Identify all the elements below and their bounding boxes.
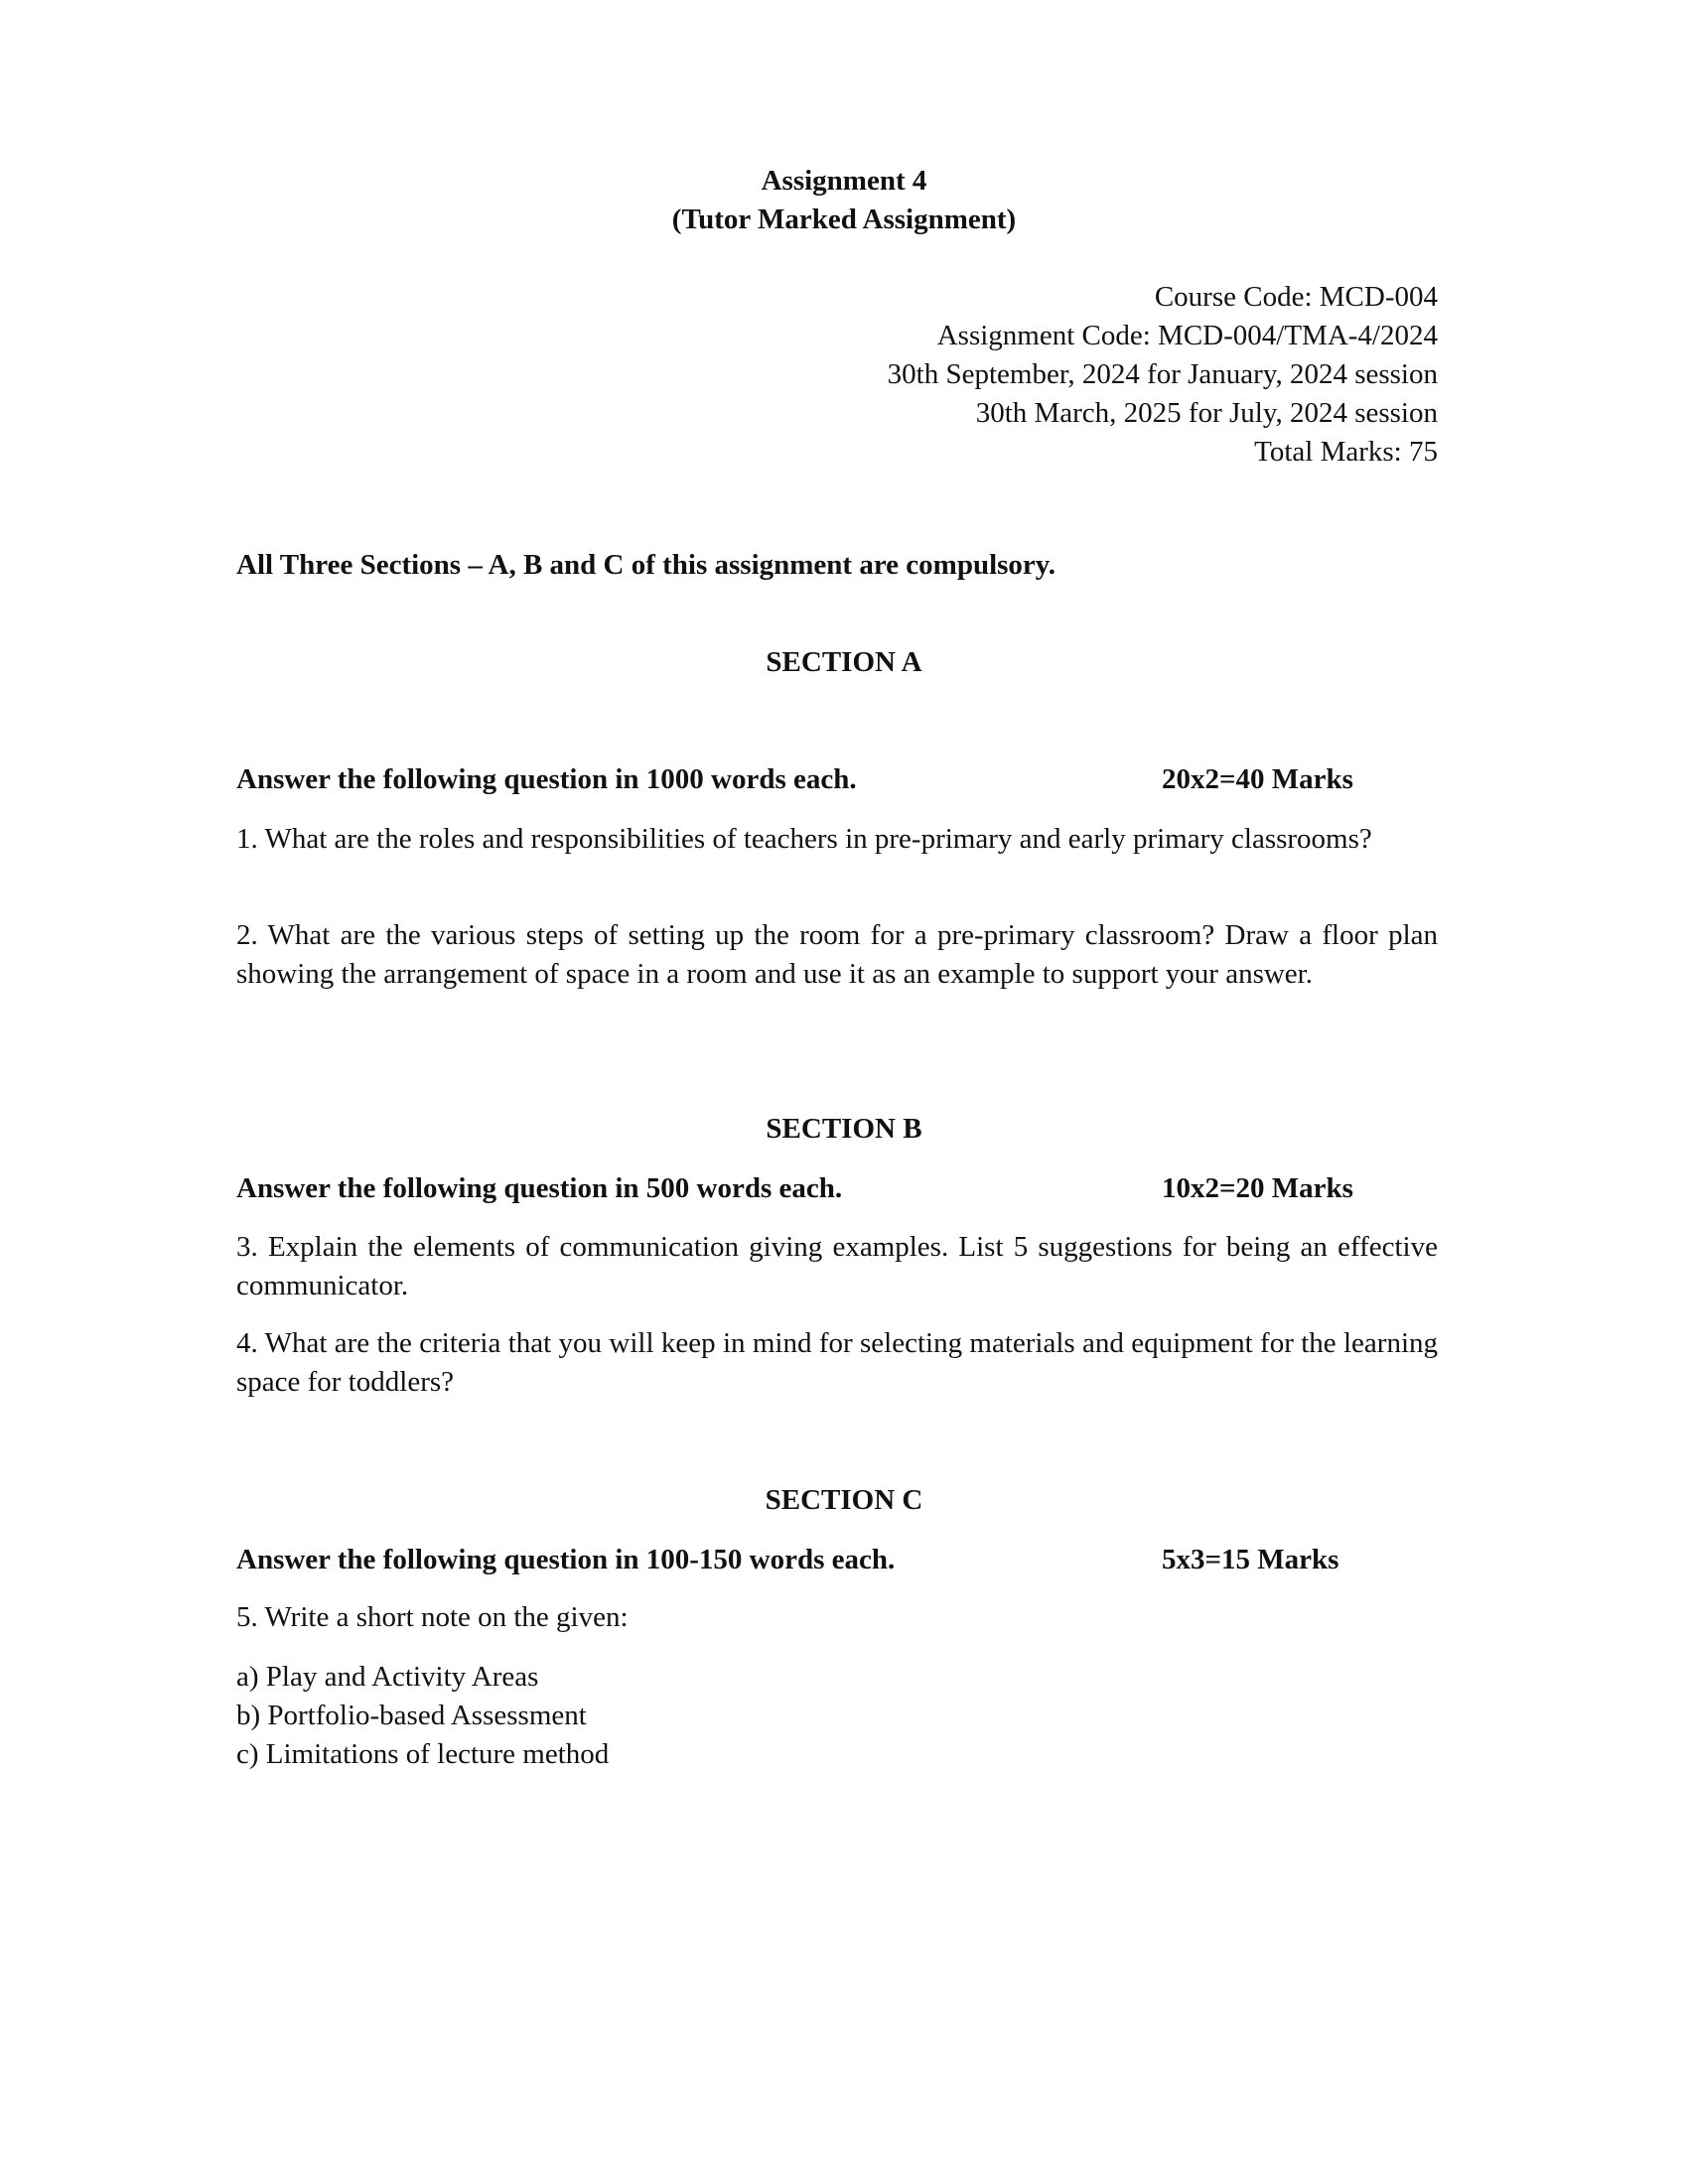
section-b-instruction: Answer the following question in 500 wor… [236, 1172, 842, 1204]
question-5-sub-items: a) Play and Activity Areas b) Portfolio-… [236, 1658, 1438, 1774]
sub-item-a: a) Play and Activity Areas [236, 1658, 1438, 1697]
section-a-heading: SECTION A [0, 643, 1688, 682]
section-a-marks: 20x2=40 Marks [1162, 760, 1353, 799]
section-b-instruction-row: Answer the following question in 500 wor… [236, 1169, 1438, 1208]
deadline-july-session: 30th March, 2025 for July, 2024 session [888, 394, 1438, 433]
sub-item-c: c) Limitations of lecture method [236, 1735, 1438, 1774]
deadline-january-session: 30th September, 2024 for January, 2024 s… [888, 355, 1438, 394]
question-4: 4. What are the criteria that you will k… [236, 1324, 1438, 1402]
question-2: 2. What are the various steps of setting… [236, 916, 1438, 994]
section-c-instruction: Answer the following question in 100-150… [236, 1544, 895, 1575]
section-a-instruction-row: Answer the following question in 1000 wo… [236, 760, 1438, 799]
section-b-marks: 10x2=20 Marks [1162, 1169, 1353, 1208]
assignment-meta: Course Code: MCD-004 Assignment Code: MC… [888, 278, 1438, 472]
question-3: 3. Explain the elements of communication… [236, 1228, 1438, 1305]
total-marks: Total Marks: 75 [888, 433, 1438, 472]
course-code: Course Code: MCD-004 [888, 278, 1438, 317]
assignment-code: Assignment Code: MCD-004/TMA-4/2024 [888, 317, 1438, 355]
section-a-instruction: Answer the following question in 1000 wo… [236, 763, 857, 795]
general-instruction: All Three Sections – A, B and C of this … [236, 546, 1438, 585]
question-1: 1. What are the roles and responsibiliti… [236, 820, 1438, 859]
section-b-heading: SECTION B [0, 1110, 1688, 1149]
question-5: 5. Write a short note on the given: [236, 1598, 1438, 1637]
section-c-instruction-row: Answer the following question in 100-150… [236, 1541, 1438, 1579]
section-c-marks: 5x3=15 Marks [1162, 1541, 1338, 1579]
section-c-heading: SECTION C [0, 1481, 1688, 1520]
sub-item-b: b) Portfolio-based Assessment [236, 1697, 1438, 1735]
assignment-subtitle: (Tutor Marked Assignment) [0, 201, 1688, 239]
assignment-title: Assignment 4 [0, 162, 1688, 201]
